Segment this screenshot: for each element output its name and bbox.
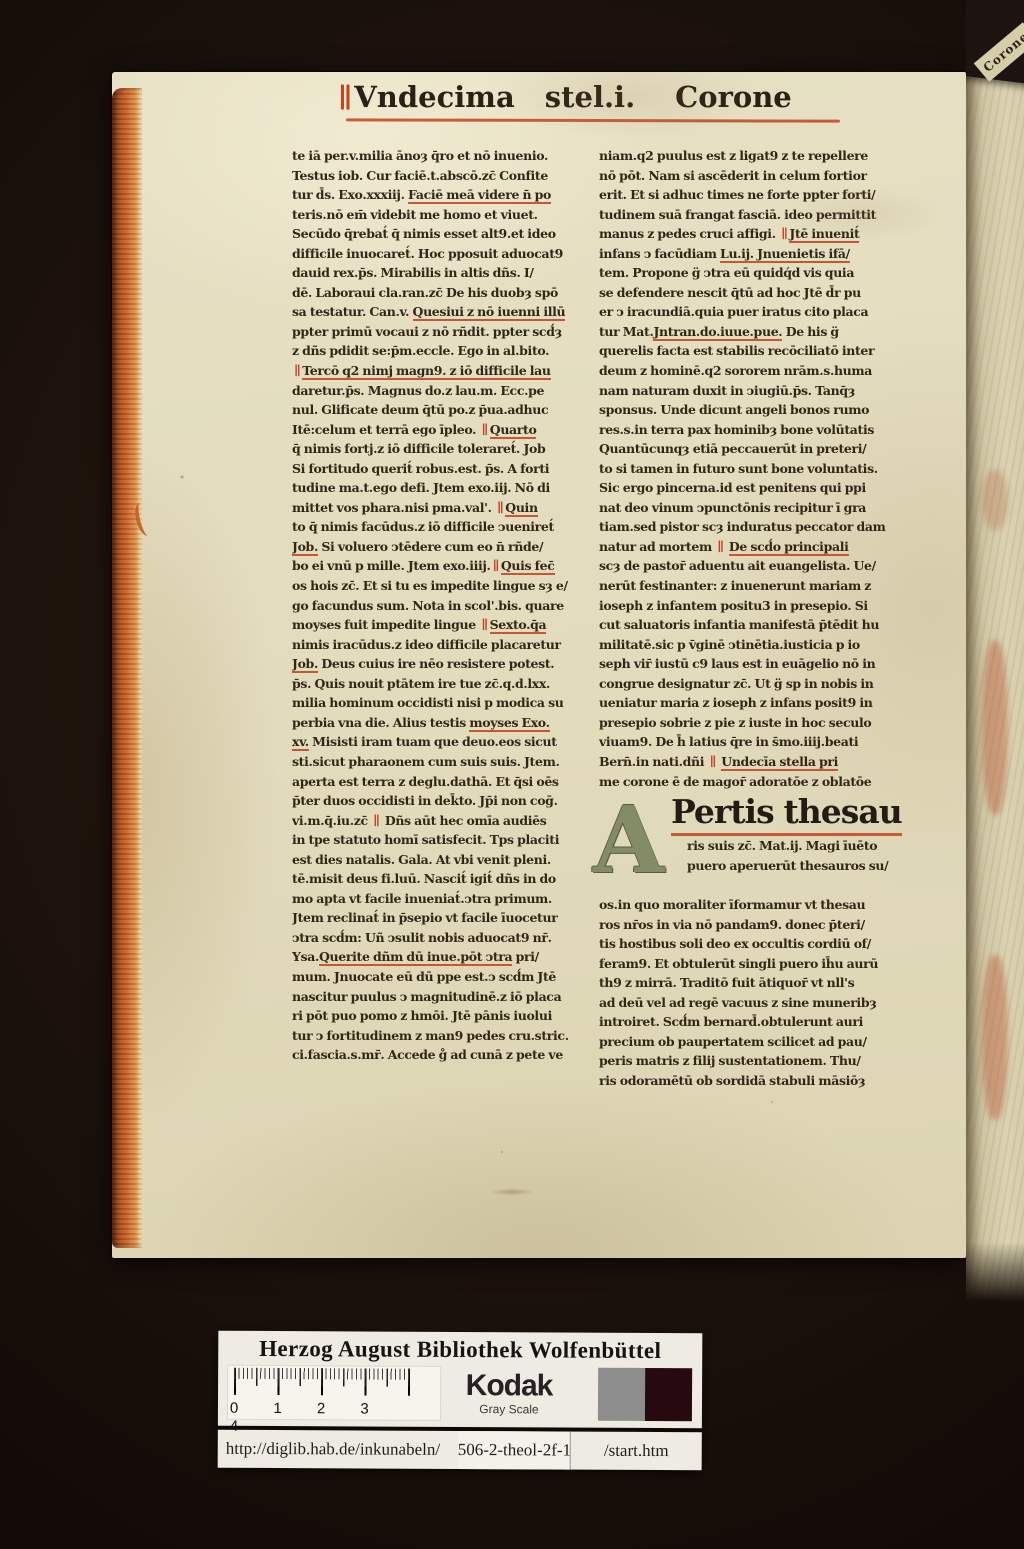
black-scale-patch — [645, 1368, 692, 1421]
text-line: tudinem suā frangat fasciā. ideo permitt… — [599, 205, 901, 225]
digitization-url: http://diglib.hab.de/inkunabeln/ — [218, 1439, 458, 1460]
text-line: nerūt festinanter: z inuenerunt mariam z — [599, 576, 901, 596]
text-line: tem. Propone g̈ ↄtra eū quidq́d vis quia — [599, 263, 901, 283]
text-line: Ysa.Querite dñm dū inue.pōt ↄtra pri/ — [292, 947, 588, 967]
text-line: manus z pedes cruci affigi. ∥Jtē inuenit… — [599, 224, 901, 244]
text-line: os hois zc̄. Et si tu es impedite lingue… — [292, 576, 588, 596]
text-line: cut saluatoris infantia manifestā p̄tēdi… — [599, 615, 901, 635]
text-line: Testus iob. Cur faciē.t.abscō.zc̄ Confit… — [292, 166, 588, 186]
text-line: nascitur puulus ↄ magnitudinē.z iō placa — [292, 987, 588, 1007]
text-line: feram9. Et obtulerūt singli puero ih̄u a… — [599, 954, 901, 974]
text-line: os.in quo moraliter īformamur vt thesau — [599, 895, 901, 915]
text-line: p̄ter duos occidisti in dek̄to. Jp̄i non… — [292, 791, 588, 811]
text-line: scȝ de pastor̄ aduentu ait euangelista. … — [599, 556, 901, 576]
right-column-bottom: os.in quo moraliter īformamur vt thesaur… — [599, 895, 901, 1090]
text-line: puero aperuerūt thesauros su/ — [687, 856, 901, 876]
text-line: Sic ergo pincerna.id est penitens qui pp… — [599, 478, 901, 498]
text-line: mo apta vt facile inueniat́.ↄtra primum. — [292, 889, 588, 909]
text-line: nimis iracūdus.z ideo difficile placaret… — [292, 635, 588, 655]
text-line: daretur.p̄s. Magnus do.z lau.m. Ecc.pe — [292, 381, 588, 401]
text-line: mittet vos phara.nisi pma.val'. ∥Quin — [292, 498, 588, 518]
text-line: deum z hominē.q2 sororem nrām.s.huma — [599, 361, 901, 381]
text-line: ad deū vel ad regē vacuus z sine munerib… — [599, 993, 901, 1013]
ruler-ticks — [234, 1368, 416, 1396]
text-line: ci.fascia.s.mr̄. Accede g̊ ad cunā z pet… — [292, 1045, 588, 1065]
text-line: th9 z mirrā. Traditō fuit ātiquor̄ vt nl… — [599, 973, 901, 993]
start-page-path: /start.htm — [571, 1441, 702, 1462]
kodak-block: Kodak Gray Scale — [440, 1367, 578, 1421]
text-line: Secūdo q̄rebat́ q̄ nimis esset alt9.et i… — [292, 224, 588, 244]
text-line: tur Mat.Jntran.do.iuue.pue. De his g̈ — [599, 322, 901, 342]
indented-lines: ris suis zc̄. Mat.ij. Magi īuētopuero ap… — [687, 836, 901, 875]
text-line: dauid rex.p̄s. Mirabilis in altis dñs. I… — [292, 263, 588, 283]
header-word-corone: Corone — [675, 80, 792, 114]
text-line: to q̄ nimis facūdus.z iō difficile ↄueni… — [292, 517, 588, 537]
text-line: ros nr̄os in via nō pandam9. donec p̄ter… — [599, 915, 901, 935]
text-line: nō pōt. Nam si ascēderit in celum fortio… — [599, 166, 901, 186]
text-line: difficile inuocaret́. Hoc pposuit aduoca… — [292, 244, 588, 264]
text-line: sa testatur. Can.v. Quesiui z nō iuenni … — [292, 302, 588, 322]
text-line: tur ↄ fortitudinem z man9 pedes cru.stri… — [292, 1026, 588, 1046]
text-line: perbia vna die. Alius testis moyses Exo. — [292, 713, 588, 733]
shelfmark: 506-2-theol-2f-1 — [458, 1431, 571, 1470]
section-heading: Pertis thesau — [671, 791, 902, 836]
text-line: congrue designatur zc̄. Ut g̈ sp in nobi… — [599, 674, 901, 694]
text-line: est dies natalis. Gala. At vbi venit ple… — [292, 850, 588, 870]
text-line: viuam9. De h̄ latius q̄re in s̄mo.iiij.b… — [599, 732, 901, 752]
text-line: ∥Tercō q2 nimj magn9. z iō difficile lau — [292, 361, 588, 381]
text-line: presepio sobrie z pie z iuste in hoc sec… — [599, 713, 901, 733]
text-line: Job. Si voluero ↄtēdere cum eo n̄ rñde/ — [292, 537, 588, 557]
text-line: p̄s. Quis nouit ptātem ire tue zc̄.q.d.l… — [292, 674, 588, 694]
text-line: nam naturam duxit in ↄiugiū.p̄s. Tanq̄ȝ — [599, 381, 901, 401]
text-line: 0 — [230, 1400, 274, 1418]
showthrough-rubric-smudge — [982, 640, 1008, 815]
text-line: bo ei vnū p mille. Jtem exo.iiij.∥Quis f… — [292, 556, 588, 576]
text-line: militatē.sic p v̄ginē ↄtinētia.iusticia … — [599, 635, 901, 655]
ruler-numbers: 01234 — [230, 1400, 438, 1419]
text-line: nul. Glificate deum q̄tū po.z p̄ua.adhuc — [292, 400, 588, 420]
showthrough-rubric-smudge — [982, 470, 1008, 530]
text-line: niam.q2 puulus est z ligat9 z te repelle… — [599, 146, 901, 166]
text-line: ris odoramētū ob sordidā stabuli māsiōȝ — [599, 1071, 901, 1091]
text-line: aperta est terra z deglu.dathā. Et q̄si … — [292, 772, 588, 792]
kodak-brand: Kodak — [466, 1371, 553, 1401]
text-line: Jtem reclinat́ in p̄sepio vt facile īuoc… — [292, 908, 588, 928]
text-line: tiam.sed pistor scȝ induratus peccator d… — [599, 517, 901, 537]
text-line: mum. Jnuocate eū dū ppe est.ↄ scd́m Jtē — [292, 967, 588, 987]
right-column-top: niam.q2 puulus est z ligat9 z te repelle… — [599, 146, 901, 791]
text-line: to si tamen in futuro sunt bone voluntat… — [599, 459, 901, 479]
text-line: tudine ma.t.ego defi. Jtem exo.iij. Nō d… — [292, 478, 588, 498]
text-line: Si fortitudo querit́ robus.est. p̄s. A f… — [292, 459, 588, 479]
text-line: tē.misit deus fi.luū. Nascit́ igit́ dñs … — [292, 869, 588, 889]
gray-scale-patch — [598, 1368, 645, 1421]
library-name: Herzog August Bibliothek Wolfenbüttel — [228, 1336, 692, 1364]
text-line: er ↄ iracundiā.quia puer iratus cito pla… — [599, 302, 901, 322]
text-line: Job. Deus cuius ire nēo resistere potest… — [292, 654, 588, 674]
header-rubric-underline — [346, 118, 840, 122]
text-line: z dñs pdidit se:p̄m.eccle. Ego in al.bit… — [292, 341, 588, 361]
text-line: precium ob paupertatem scilicet ad pau/ — [599, 1032, 901, 1052]
header-word-vndecima: Vndecima — [354, 80, 514, 114]
text-line: querelis facta est stabilis recōciliatō … — [599, 341, 901, 361]
text-line: introiret. Scd́m bernard̄.obtulerunt aur… — [599, 1012, 901, 1032]
chapter-opening: A Pertis thesau ris suis zc̄. Mat.ij. Ma… — [599, 791, 901, 895]
text-line: te iā per.v.milia ānoȝ q̄ro et nō inueni… — [292, 146, 588, 166]
book-page: ∥ Vndecima stel.i. Corone te iā per.v.mi… — [112, 72, 966, 1258]
text-line: ppter primū vocaui z nō rñdit. ppter scd… — [292, 322, 588, 342]
strip-bottom-fade — [966, 1242, 1024, 1302]
cm-ruler: 01234 — [228, 1366, 440, 1420]
library-label: Herzog August Bibliothek Wolfenbüttel 01… — [218, 1331, 703, 1471]
text-line: Itē:celum et terrā ego īpleo. ∥Quarto — [292, 420, 588, 440]
text-line: nat deo vinum ↄpunctōnis recipitur ī gra — [599, 498, 901, 518]
text-line: se defendere nescit q̄tū ad hoc Jtē d̄r … — [599, 283, 901, 303]
text-line: ri pōt puo pomo z hmōi. Jtē pānis iuolui — [292, 1006, 588, 1026]
facing-page-edge: Corone — [966, 0, 1024, 1302]
text-line: 3 — [360, 1400, 404, 1418]
text-line: tis hostibus soli deo ex occultis cordiū… — [599, 934, 901, 954]
text-line: sponsus. Unde dicunt angeli bonos rumo — [599, 400, 901, 420]
rubric-slash-icon: ∥ — [338, 83, 352, 114]
illuminated-initial: A — [593, 791, 671, 895]
text-line: 1 — [273, 1400, 317, 1418]
text-line: go facundus sum. Nota in scol'.bis. quar… — [292, 596, 588, 616]
text-line: milia hominum occidisti nisi p modica su — [292, 693, 588, 713]
text-line: seph vir̄ iustū c9 laus est in euāgelio … — [599, 654, 901, 674]
page-stack-fore-edge — [112, 88, 142, 1248]
header-word-stel: stel.i. — [545, 80, 635, 114]
text-line: natur ad mortem ∥ De scd́o principali — [599, 537, 901, 557]
text-line: xv. Misisti iram tuam que deuo.eos sicut — [292, 732, 588, 752]
text-line: in tpe statuto homī satisfecit. Tps plac… — [292, 830, 588, 850]
text-line: ioseph z infantem positu3 in presepio. S… — [599, 596, 901, 616]
text-column-left: te iā per.v.milia ānoȝ q̄ro et nō inueni… — [292, 146, 588, 1065]
text-line: 4 — [230, 1418, 274, 1436]
showthrough-rubric-smudge — [982, 955, 1008, 1120]
text-line: q̄ nimis fortj.z iō difficile toleraret́… — [292, 439, 588, 459]
text-line: ueniatur maria z ioseph z infans posit9 … — [599, 693, 901, 713]
photo-backdrop: ∥ Vndecima stel.i. Corone te iā per.v.mi… — [0, 0, 1024, 1549]
text-line: peris matris z filij sustentationem. Thu… — [599, 1051, 901, 1071]
text-line: moyses fuit impedite lingue ∥Sexto.q̄a — [292, 615, 588, 635]
text-line: tur d̄s. Exo.xxxiij. Faciē meā videre n̄… — [292, 185, 588, 205]
text-line: sti.sicut pharaonem cum suis suis. Jtem. — [292, 752, 588, 772]
label-card: Herzog August Bibliothek Wolfenbüttel 01… — [218, 1331, 702, 1429]
text-line: Quantūcunqȝ etiā peccauerūt in preteri/ — [599, 439, 901, 459]
text-column-right: niam.q2 puulus est z ligat9 z te repelle… — [599, 146, 901, 1091]
text-line: dē. Laboraui cla.ran.zc̄ De his duobȝ sp… — [292, 283, 588, 303]
text-line: infans ↄ facūdiam Lu.ij. Jnuenietis ifā/ — [599, 244, 901, 264]
running-header: ∥ Vndecima stel.i. Corone — [338, 80, 858, 122]
text-line: Bern̄.in nati.dñi ∥ Undecīa stella pri — [599, 752, 901, 772]
text-line: 2 — [317, 1400, 361, 1418]
text-line: ris suis zc̄. Mat.ij. Magi īuēto — [687, 836, 901, 856]
text-line: res.s.in terra pax hominibȝ bone volūtat… — [599, 420, 901, 440]
scale-row: 01234 Kodak Gray Scale — [228, 1366, 692, 1421]
text-line: erit. Et si adhuc times ne forte ppter f… — [599, 185, 901, 205]
label-url-strip: http://diglib.hab.de/inkunabeln/ 506-2-t… — [218, 1430, 702, 1471]
text-line: teris.nō em̄ videbit me homo et viuet. — [292, 205, 588, 225]
text-line: ↄtra scd́m: Uñ ↄsulit nobis aduocat9 nr̄… — [292, 928, 588, 948]
text-line: vi.m.q̄.iu.zc̄ ∥ Dñs aūt hec omīa audiēs — [292, 811, 588, 831]
gray-scale-label: Gray Scale — [479, 1402, 538, 1416]
